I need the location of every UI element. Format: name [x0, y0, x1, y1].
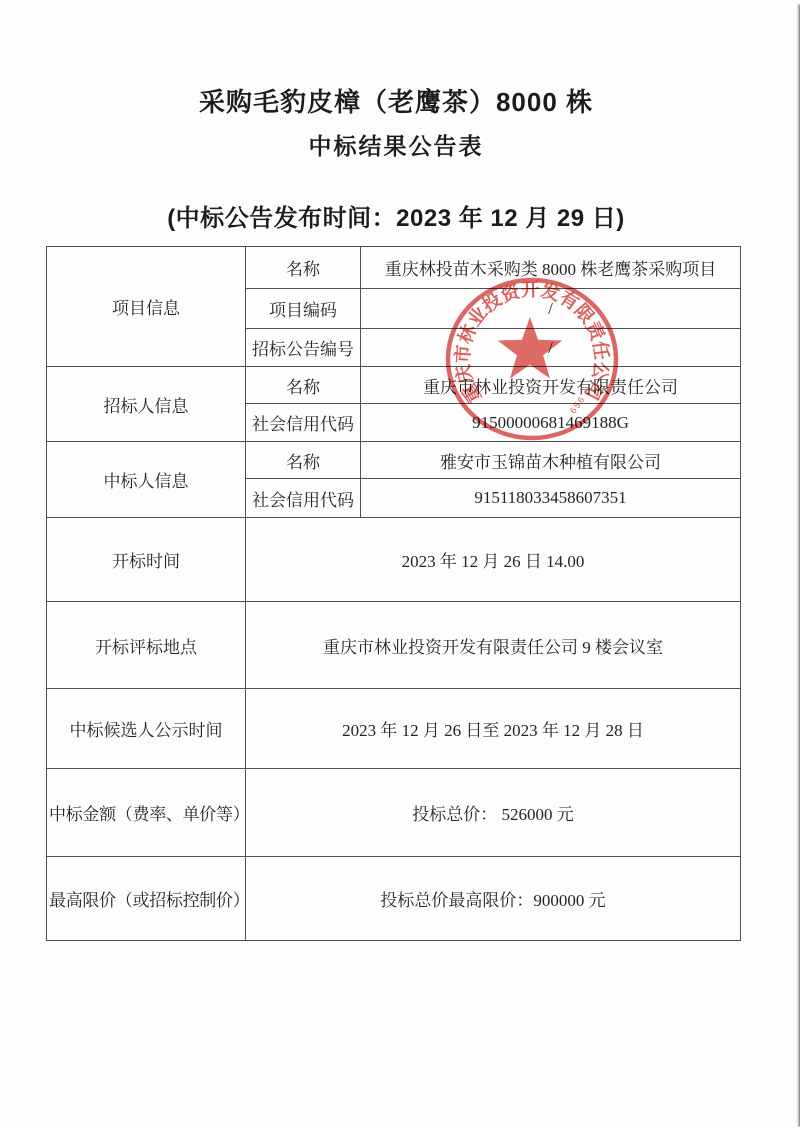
cell-label-candidate-publicity-time: 中标候选人公示时间 — [47, 689, 246, 769]
cell-value-project-name: 重庆林投苗木采购类 8000 株老鹰茶采购项目 — [361, 247, 741, 289]
bid-result-table: 项目信息 名称 重庆林投苗木采购类 8000 株老鹰茶采购项目 项目编码 / 招… — [46, 246, 741, 941]
cell-value-tenderer-credit-code: 91500000681469188G — [361, 404, 741, 442]
cell-value-tenderer-name: 重庆市林业投资开发有限责任公司 — [361, 367, 741, 404]
cell-key-announcement-no: 招标公告编号 — [246, 329, 361, 367]
cell-group-label-project: 项目信息 — [47, 247, 246, 367]
cell-label-price-ceiling: 最高限价（或招标控制价） — [47, 857, 246, 941]
cell-key-winner-name: 名称 — [246, 442, 361, 479]
cell-label-award-amount: 中标金额（费率、单价等） — [47, 769, 246, 857]
document-subtitle: 中标结果公告表 — [46, 128, 746, 161]
cell-key-tenderer-name: 名称 — [246, 367, 361, 404]
cell-group-label-winner: 中标人信息 — [47, 442, 246, 518]
cell-group-label-tenderer: 招标人信息 — [47, 367, 246, 442]
cell-value-announcement-no: / — [361, 329, 741, 367]
cell-value-price-ceiling: 投标总价最高限价：900000 元 — [246, 857, 741, 941]
cell-label-bid-opening-time: 开标时间 — [47, 518, 246, 602]
cell-key-tenderer-credit-code: 社会信用代码 — [246, 404, 361, 442]
cell-key-name: 名称 — [246, 247, 361, 289]
document-title: 采购毛豹皮樟（老鹰茶）8000 株 — [46, 82, 746, 119]
cell-value-project-code: / — [361, 289, 741, 329]
cell-value-candidate-publicity-time: 2023 年 12 月 26 日至 2023 年 12 月 28 日 — [246, 689, 741, 769]
cell-value-winner-credit-code: 915118033458607351 — [361, 479, 741, 518]
cell-value-winner-name: 雅安市玉锦苗木种植有限公司 — [361, 442, 741, 479]
cell-value-award-amount: 投标总价： 526000 元 — [246, 769, 741, 857]
cell-key-project-code: 项目编码 — [246, 289, 361, 329]
cell-value-bid-opening-time: 2023 年 12 月 26 日 14.00 — [246, 518, 741, 602]
scan-edge-shadow — [796, 4, 800, 1127]
publish-date-line: (中标公告发布时间：2023 年 12 月 29 日) — [46, 198, 746, 233]
cell-key-winner-credit-code: 社会信用代码 — [246, 479, 361, 518]
cell-label-bid-opening-place: 开标评标地点 — [47, 602, 246, 689]
cell-value-bid-opening-place: 重庆市林业投资开发有限责任公司 9 楼会议室 — [246, 602, 741, 689]
